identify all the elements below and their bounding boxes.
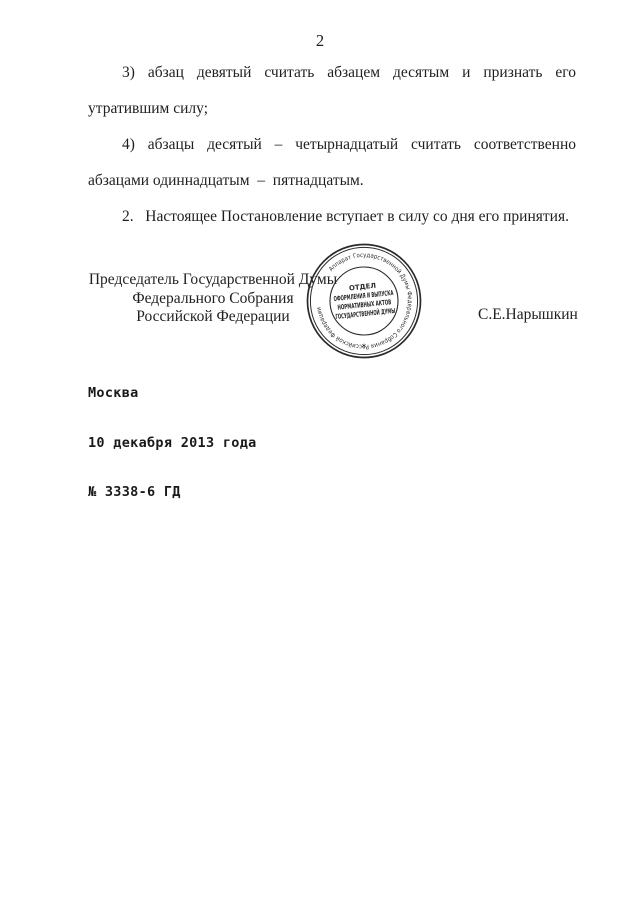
paragraph-2: 2. Настоящее Постановление вступает в си… [88,208,576,244]
stamp-center-line-3: НОРМАТИВНЫХ АКТОВ [337,298,392,312]
document-body: 3) абзац девятый считать абзацем десятым… [88,64,576,244]
paragraph-3-line-2: утратившим силу; [88,100,576,136]
issue-number: № 3338-6 ГД [88,484,257,501]
stamp-star: * [362,343,367,353]
issue-block: Москва 10 декабря 2013 года № 3338-6 ГД [88,352,257,534]
issue-city: Москва [88,385,257,402]
stamp-center-line-2: ОФОРМЛЕНИЯ И ВЫПУСКА [333,289,394,303]
paragraph-3-line-1: 3) абзац девятый считать абзацем десятым… [88,64,576,100]
paragraph-4-line-1: 4) абзацы десятый – четырнадцатый считат… [88,136,576,172]
stamp-center-line-4: ГОСУДАРСТВЕННОЙ ДУМЫ [335,306,396,321]
signature-block: Председатель Государственной Думы Федера… [86,271,340,327]
signer-position-line-1: Председатель Государственной Думы [86,271,340,290]
signer-position-line-2: Федерального Собрания [86,290,340,309]
signer-name: С.Е.Нарышкин [478,306,578,324]
issue-date: 10 декабря 2013 года [88,435,257,452]
stamp-inner-circle [330,267,398,335]
paragraph-4-line-2: абзацами одиннадцатым – пятнадцатым. [88,172,576,208]
document-page: 2 3) абзац девятый считать абзацем десят… [0,0,640,905]
signer-position-line-3: Российской Федерации [86,308,340,327]
stamp-center-line-1: ОТДЕЛ [349,282,377,293]
page-number: 2 [0,31,640,51]
